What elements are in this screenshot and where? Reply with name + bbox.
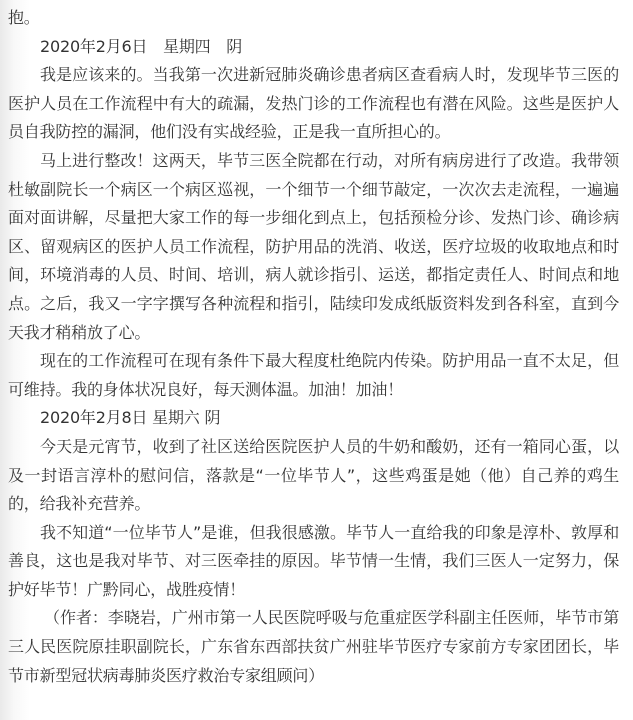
author-note: （作者：李晓岩，广州市第一人民医院呼吸与危重症医学科副主任医师，毕节市第三人民医…: [8, 604, 619, 690]
paragraph: 马上进行整改！这两天，毕节三医全院都在行动，对所有病房进行了改造。我带领杜敏副院…: [8, 147, 619, 347]
diary-date-feb8: 2020年2月8日 星期六 阴: [8, 404, 619, 433]
article-body: 抱。 2020年2月6日 星期四 阴 我是应该来的。当我第一次进新冠肺炎确诊患者…: [0, 0, 633, 690]
paragraph: 今天是元宵节，收到了社区送给医院医护人员的牛奶和酸奶，还有一箱同心蛋，以及一封语…: [8, 433, 619, 519]
paragraph: 我是应该来的。当我第一次进新冠肺炎确诊患者病区查看病人时，发现毕节三医的医护人员…: [8, 61, 619, 147]
paragraph: 我不知道“一位毕节人”是谁，但我很感激。毕节人一直给我的印象是淳朴、敦厚和善良，…: [8, 519, 619, 605]
diary-date-feb6: 2020年2月6日 星期四 阴: [8, 33, 619, 62]
paragraph-fragment: 抱。: [8, 4, 619, 33]
paragraph: 现在的工作流程可在现有条件下最大程度杜绝院内传染。防护用品一直不太足，但可维持。…: [8, 347, 619, 404]
